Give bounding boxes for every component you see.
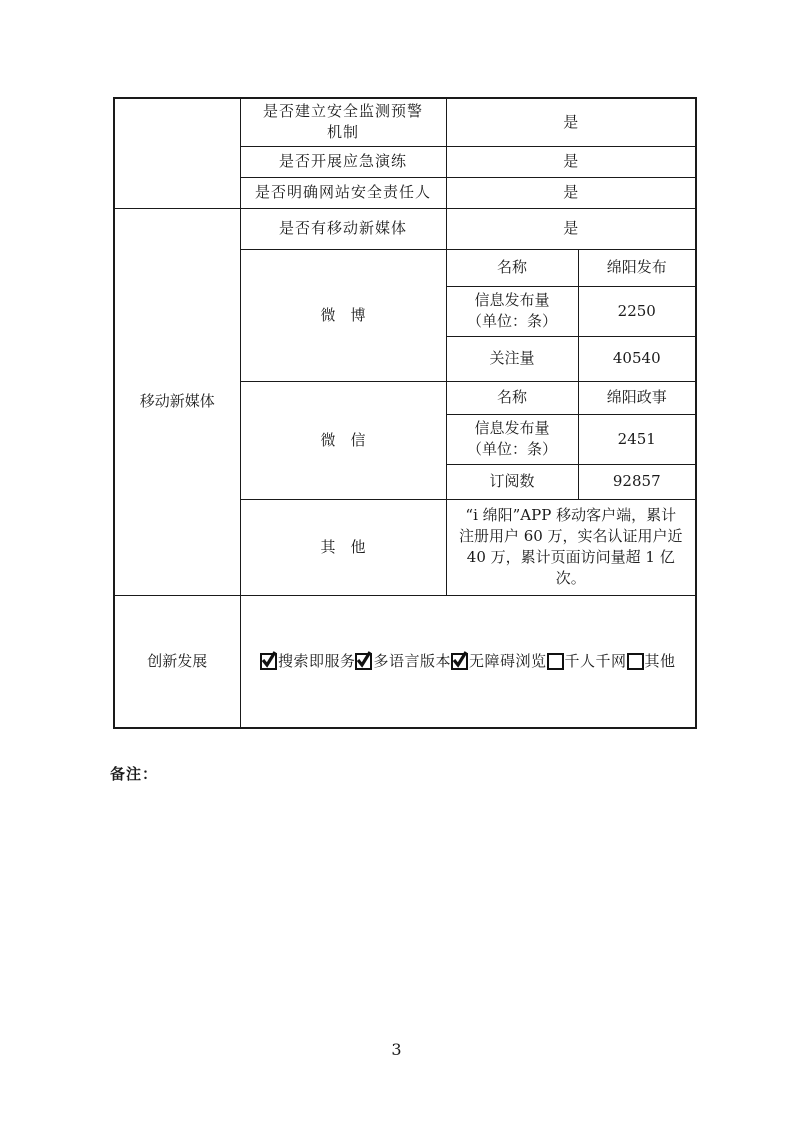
other-media-description-cell: “i 绵阳”APP 移动客户端，累计 注册用户 60 万，实名认证用户近 40 … xyxy=(446,499,696,595)
page-number: 3 xyxy=(0,1040,793,1059)
checkbox-label: 多语言版本 xyxy=(373,651,451,672)
wechat-subscribers-value-cell: 92857 xyxy=(578,464,696,499)
wechat-subscribers-label-cell: 订阅数 xyxy=(446,464,578,499)
wechat-posts-label-cell: 信息发布量 （单位：条） xyxy=(446,414,578,464)
weibo-followers-label-cell: 关注量 xyxy=(446,336,578,381)
report-table: 是否建立安全监测预警 机制 是 是否开展应急演练 是 是否明确网站安全责任人 是… xyxy=(113,97,697,729)
mobile-media-section-label: 移动新媒体 xyxy=(114,208,240,595)
checkbox-multilingual: 多语言版本 xyxy=(355,651,451,672)
wechat-name-label-cell: 名称 xyxy=(446,381,578,414)
security-question-cell: 是否明确网站安全责任人 xyxy=(240,177,446,208)
security-question-cell: 是否建立安全监测预警 机制 xyxy=(240,98,446,146)
innovation-section-label: 创新发展 xyxy=(114,595,240,728)
checkbox-label: 其他 xyxy=(645,651,676,672)
checkbox-icon xyxy=(260,653,277,670)
weibo-posts-value-cell: 2250 xyxy=(578,286,696,336)
table-row: 移动新媒体 是否有移动新媒体 是 xyxy=(114,208,696,249)
checkbox-search-as-service: 搜索即服务 xyxy=(260,651,356,672)
innovation-options-cell: 搜索即服务 多语言版本 无障碍浏览 千人千网 xyxy=(240,595,696,728)
innovation-options-line: 搜索即服务 多语言版本 无障碍浏览 千人千网 xyxy=(245,651,692,672)
checkbox-icon xyxy=(451,653,468,670)
wechat-label-cell: 微 信 xyxy=(240,381,446,499)
weibo-name-value-cell: 绵阳发布 xyxy=(578,249,696,286)
weibo-followers-value-cell: 40540 xyxy=(578,336,696,381)
security-answer-cell: 是 xyxy=(446,177,696,208)
checkbox-label: 搜索即服务 xyxy=(278,651,356,672)
wechat-name-value-cell: 绵阳政事 xyxy=(578,381,696,414)
security-question-cell: 是否开展应急演练 xyxy=(240,146,446,177)
checkbox-accessibility: 无障碍浏览 xyxy=(451,651,547,672)
security-answer-cell: 是 xyxy=(446,146,696,177)
weibo-posts-label-cell: 信息发布量 （单位：条） xyxy=(446,286,578,336)
table-row: 是否建立安全监测预警 机制 是 xyxy=(114,98,696,146)
document-page: 是否建立安全监测预警 机制 是 是否开展应急演练 是 是否明确网站安全责任人 是… xyxy=(0,0,793,1122)
checkbox-label: 无障碍浏览 xyxy=(469,651,547,672)
remark-label: 备注： xyxy=(110,763,158,784)
checkbox-icon xyxy=(355,653,372,670)
has-mobile-media-answer-cell: 是 xyxy=(446,208,696,249)
checkbox-icon xyxy=(547,653,564,670)
other-media-label-cell: 其 他 xyxy=(240,499,446,595)
checkbox-other: 其他 xyxy=(627,651,676,672)
checkbox-icon xyxy=(627,653,644,670)
security-answer-cell: 是 xyxy=(446,98,696,146)
checkbox-label: 千人千网 xyxy=(565,651,627,672)
weibo-label-cell: 微 博 xyxy=(240,249,446,381)
checkbox-personalized-web: 千人千网 xyxy=(547,651,627,672)
wechat-posts-value-cell: 2451 xyxy=(578,414,696,464)
table-row: 创新发展 搜索即服务 多语言版本 无障碍浏览 xyxy=(114,595,696,728)
weibo-name-label-cell: 名称 xyxy=(446,249,578,286)
security-section-cell-empty xyxy=(114,98,240,208)
has-mobile-media-question-cell: 是否有移动新媒体 xyxy=(240,208,446,249)
